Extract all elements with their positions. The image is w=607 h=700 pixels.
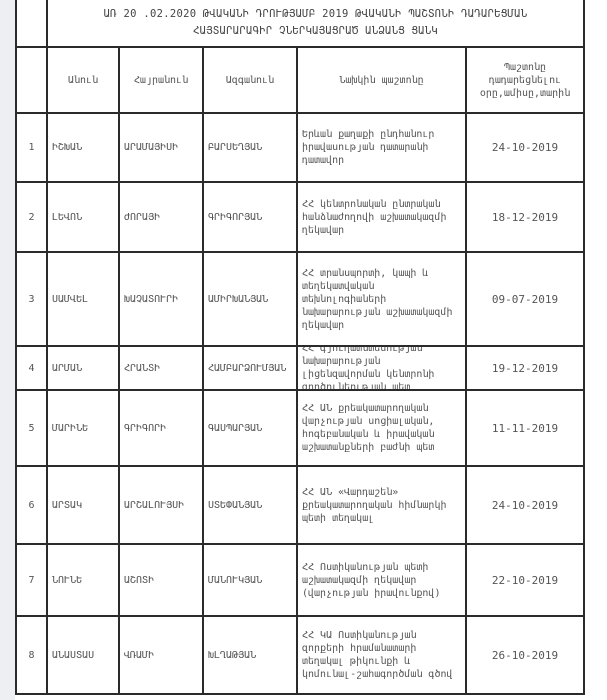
patronymic-cell: ԽԱՉԱՏՈՒՐԻ (119, 252, 203, 346)
former-position-cell: ՀՀ ԱՆ «Վարդաշեն» քրեակատարողական հիմնարկ… (297, 466, 466, 544)
last-name-cell: ԳՐԻԳՈՐՅԱՆ (203, 182, 297, 252)
patronymic-cell: ՀՐԱՆՏԻ (119, 346, 203, 390)
patronymic-cell: ԺՈՐԱՅԻ (119, 182, 203, 252)
table-row: 3 ՍԱՄՎԵԼ ԽԱՉԱՏՈՒՐԻ ԱՄԻՐԽԱՆՅԱՆ ՀՀ տրանսպո… (16, 252, 584, 346)
patronymic-cell: ԱՇՈՏԻ (119, 544, 203, 616)
former-position-text: ՀՀ տրանսպորտի, կապի և տեղեկատվական տեխնո… (302, 267, 461, 332)
table-row: 6 ԱՐՏԱԿ ԱՐՇԱԼՈՒՅՍԻ ՍՏԵՓԱՆՅԱՆ ՀՀ ԱՆ «Վարդ… (16, 466, 584, 544)
last-name-cell: ՍՏԵՓԱՆՅԱՆ (203, 466, 297, 544)
table-row: 7 ՆՈՒՆԵ ԱՇՈՏԻ ՄԱՆՈՒԿՅԱՆ ՀՀ Ոստիկանության… (16, 544, 584, 616)
former-position-cell: ՀՀ տրանսպորտի, կապի և տեղեկատվական տեխնո… (297, 252, 466, 346)
row-number: 4 (16, 346, 47, 390)
row-number: 1 (16, 113, 47, 182)
former-position-cell: Երևան քաղաքի ընդհանուր իրավասության դատա… (297, 113, 466, 182)
table-row: 2 ԼԵՎՈՆ ԺՈՐԱՅԻ ԳՐԻԳՈՐՅԱՆ ՀՀ կենտրոնական … (16, 182, 584, 252)
termination-date-cell: 18-12-2019 (466, 182, 584, 252)
former-position-text: ՀՀ կենտրոնական ընտրական հանձնաժողովի աշխ… (302, 198, 461, 237)
termination-date-cell: 22-10-2019 (466, 544, 584, 616)
last-name-cell: ՄԱՆՈՒԿՅԱՆ (203, 544, 297, 616)
former-position-cell: ՀՀ ԱՆ քրեակատարողական վարչության սոցիալա… (297, 390, 466, 466)
first-name-cell: ԼԵՎՈՆ (47, 182, 119, 252)
row-number: 5 (16, 390, 47, 466)
table-row: 5 ՄԱՐԻՆԵ ԳՐԻԳՈՐԻ ԳԱՍՊԱՐՅԱՆ ՀՀ ԱՆ քրեակատ… (16, 390, 584, 466)
row-number: 7 (16, 544, 47, 616)
document-title: ԱՌ 20 .02.2020 ԹՎԱԿԱՆԻ ԴՐՈՒԹՅԱՄԲ 2019 ԹՎ… (47, 0, 584, 47)
first-name-cell: ԱՐՄԱՆ (47, 346, 119, 390)
header-number (16, 47, 47, 113)
title-left-cell (16, 0, 47, 47)
last-name-cell: ԱՄԻՐԽԱՆՅԱՆ (203, 252, 297, 346)
table-row: 4 ԱՐՄԱՆ ՀՐԱՆՏԻ ՀԱՄԲԱՐՁՈՒՄՅԱՆ ՀՀ գյուղատն… (16, 346, 584, 390)
patronymic-cell: ՎՌԱՄԻ (119, 616, 203, 694)
table-row: 1 ԻՇԽԱՆ ԱՐԱՄԱՅԻՍԻ ԲԱՐՍԵՂՅԱՆ Երևան քաղաքի… (16, 113, 584, 182)
former-position-text: Երևան քաղաքի ընդհանուր իրավասության դատա… (302, 128, 461, 167)
first-name-cell: ՄԱՐԻՆԵ (47, 390, 119, 466)
last-name-cell: ՀԱՄԲԱՐՁՈՒՄՅԱՆ (203, 346, 297, 390)
first-name-cell: ՆՈՒՆԵ (47, 544, 119, 616)
termination-date-cell: 24-10-2019 (466, 466, 584, 544)
row-number: 3 (16, 252, 47, 346)
title-line-1: ԱՌ 20 .02.2020 ԹՎԱԿԱՆԻ ԴՐՈՒԹՅԱՄԲ 2019 ԹՎ… (52, 6, 579, 23)
former-position-cell: ՀՀ ԿԱ Ոստիկանության զորքերի հրամանատարի … (297, 616, 466, 694)
title-line-2: ՀԱՅՏԱՐԱՐԱԳԻՐ ՉՆԵՐԿԱՅԱՑՐԱԾ ԱՆՁԱՆՑ ՑԱՆԿ (52, 23, 579, 40)
patronymic-cell: ԳՐԻԳՈՐԻ (119, 390, 203, 466)
patronymic-cell: ԱՐԱՄԱՅԻՍԻ (119, 113, 203, 182)
former-position-text: ՀՀ ԱՆ քրեակատարողական վարչության սոցիալա… (302, 402, 461, 454)
first-name-cell: ԻՇԽԱՆ (47, 113, 119, 182)
first-name-cell: ՍԱՄՎԵԼ (47, 252, 119, 346)
former-position-text: ՀՀ գյուղատնտեսության նախարարության լիցեն… (302, 347, 461, 389)
former-position-text: ՀՀ ԱՆ «Վարդաշեն» քրեակատարողական հիմնարկ… (302, 486, 461, 525)
officials-table: ԱՌ 20 .02.2020 ԹՎԱԿԱՆԻ ԴՐՈՒԹՅԱՄԲ 2019 ԹՎ… (15, 0, 585, 695)
header-termination-date: Պաշտոնը դադարեցնելու օրը,ամիսը,տարին (466, 47, 584, 113)
header-first-name: Անուն (47, 47, 119, 113)
former-position-cell: ՀՀ գյուղատնտեսության նախարարության լիցեն… (297, 346, 466, 390)
former-position-cell: ՀՀ կենտրոնական ընտրական հանձնաժողովի աշխ… (297, 182, 466, 252)
termination-date-cell: 11-11-2019 (466, 390, 584, 466)
termination-date-cell: 09-07-2019 (466, 252, 584, 346)
first-name-cell: ԱՆԱՍՏԱՍ (47, 616, 119, 694)
table-header-row: Անուն Հայրանուն Ազգանուն Նախկին պաշտոնը … (16, 47, 584, 113)
row-number: 6 (16, 466, 47, 544)
former-position-cell: ՀՀ Ոստիկանության պետի աշխատակազմի ղեկավա… (297, 544, 466, 616)
header-former-position: Նախկին պաշտոնը (297, 47, 466, 113)
former-position-text: ՀՀ ԿԱ Ոստիկանության զորքերի հրամանատարի … (302, 629, 461, 681)
row-number: 2 (16, 182, 47, 252)
termination-date-cell: 19-12-2019 (466, 346, 584, 390)
first-name-cell: ԱՐՏԱԿ (47, 466, 119, 544)
last-name-cell: ԲԱՐՍԵՂՅԱՆ (203, 113, 297, 182)
former-position-text: ՀՀ Ոստիկանության պետի աշխատակազմի ղեկավա… (302, 561, 461, 600)
header-patronymic: Հայրանուն (119, 47, 203, 113)
termination-date-cell: 26-10-2019 (466, 616, 584, 694)
last-name-cell: ԳԱՍՊԱՐՅԱՆ (203, 390, 297, 466)
patronymic-cell: ԱՐՇԱԼՈՒՅՍԻ (119, 466, 203, 544)
last-name-cell: ԽԼՂԱԹՅԱՆ (203, 616, 297, 694)
table-row: 8 ԱՆԱՍՏԱՍ ՎՌԱՄԻ ԽԼՂԱԹՅԱՆ ՀՀ ԿԱ Ոստիկանու… (16, 616, 584, 694)
header-last-name: Ազգանուն (203, 47, 297, 113)
row-number: 8 (16, 616, 47, 694)
termination-date-cell: 24-10-2019 (466, 113, 584, 182)
